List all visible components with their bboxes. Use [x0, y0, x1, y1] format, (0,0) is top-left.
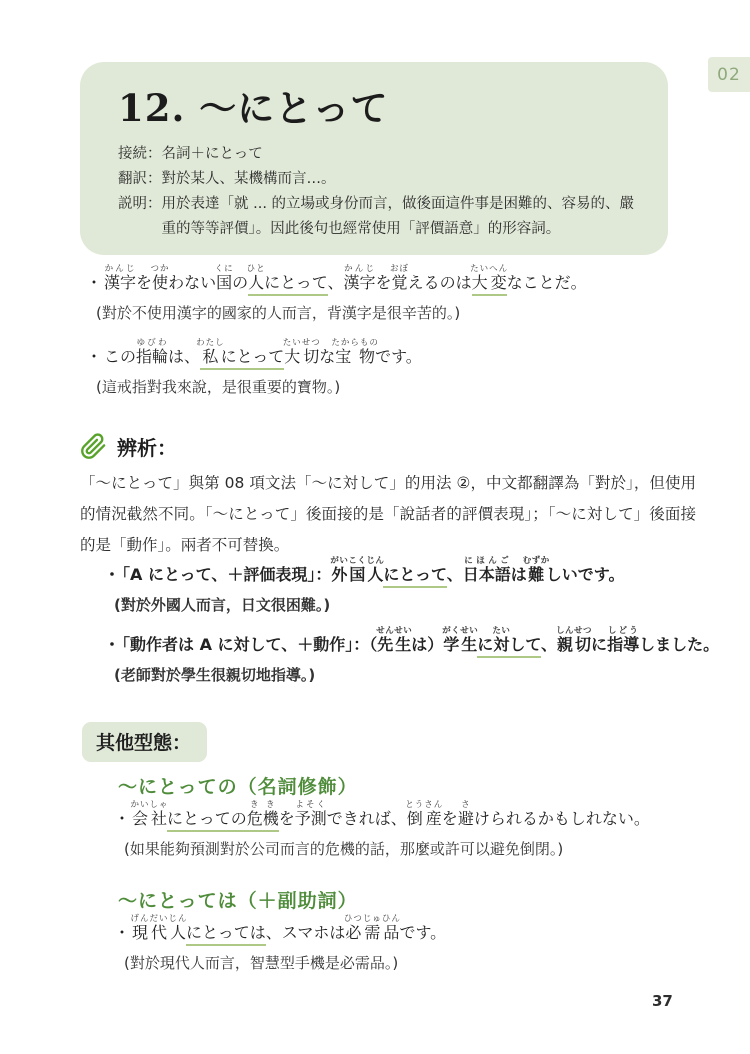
sentence-segments: 会社かいしゃにとっての危機ききを予測よそくできれば、倒産とうさんを避さけられるか… [132, 809, 650, 832]
other-form-1-example: ・会社かいしゃにとっての危機ききを予測よそくできれば、倒産とうさんを避さけられる… [114, 800, 650, 859]
analysis-heading: 辨析： [80, 432, 177, 461]
sentence-segments: （先生せんせいは）学生がくせいに対たいして、親切しんせつに指導しどうしました。 [369, 635, 719, 658]
other-form-1-japanese: ・会社かいしゃにとっての危機ききを予測よそくできれば、倒産とうさんを避さけられる… [114, 800, 650, 836]
pattern-label: 「A にとって、＋評価表現」： [122, 565, 331, 584]
bullet: ・ [104, 635, 120, 654]
bullet: ・ [104, 565, 120, 584]
grammar-meta: 接続： 名詞＋にとって 翻訳： 對於某人、某機構而言…。 説明： 用於表達「就 … [118, 142, 640, 242]
example-1-japanese: ・漢字かんじを使つかわない国くにの人ひとにとって、漢字かんじを覚おぼえるのは大変… [86, 264, 587, 300]
chapter-tab-label: 02 [717, 65, 741, 85]
bullet: ・ [114, 809, 130, 828]
pattern-example-1: ・「A にとって、＋評価表現」：外国人がいこくじんにとって、日本語にほんごは難む… [104, 556, 625, 615]
other-form-1-heading: 〜にとっての（名詞修飾） [118, 772, 358, 799]
meta-label: 接続： [118, 142, 162, 167]
sentence-segments: 漢字かんじを使つかわない国くにの人ひとにとって、漢字かんじを覚おぼえるのは大変た… [104, 273, 587, 296]
pattern-1-japanese: ・「A にとって、＋評価表現」：外国人がいこくじんにとって、日本語にほんごは難む… [104, 556, 625, 592]
other-form-2-chinese: (對於現代人而言，智慧型手機是必需品。) [114, 952, 446, 973]
meta-text: 用於表達「就 ... 的立場或身份而言，做後面這件事是困難的、容易的、嚴重的等等… [162, 192, 641, 242]
meta-label: 説明： [118, 192, 162, 242]
example-1: ・漢字かんじを使つかわない国くにの人ひとにとって、漢字かんじを覚おぼえるのは大変… [86, 264, 587, 323]
bullet: ・ [114, 923, 130, 942]
example-2-japanese: ・この指輪ゆびわは、私わたしにとって大切たいせつな宝物たからものです。 [86, 338, 422, 374]
paperclip-icon [80, 433, 107, 460]
bullet: ・ [86, 347, 102, 366]
page-number: 37 [652, 992, 673, 1010]
pattern-2-japanese: ・「動作者は A に対して、＋動作」：（先生せんせいは）学生がくせいに対たいして… [104, 626, 719, 662]
analysis-paragraph: 「〜にとって」與第 08 項文法「〜に対して」的用法 ②，中文都翻譯為「對於」，… [80, 468, 696, 561]
other-form-1-chinese: (如果能夠預測對於公司而言的危機的話，那麼或許可以避免倒閉。) [114, 838, 650, 859]
example-2-chinese: (這戒指對我來說，是很重要的寶物。) [86, 376, 422, 397]
sentence-segments: 外国人がいこくじんにとって、日本語にほんごは難むずかしいです。 [331, 565, 624, 588]
chapter-tab: 02 [708, 57, 750, 92]
other-form-2-heading: 〜にとっては（＋副助詞） [118, 886, 358, 913]
meta-row-explanation: 説明： 用於表達「就 ... 的立場或身份而言，做後面這件事是困難的、容易的、嚴… [118, 192, 640, 242]
sentence-segments: この指輪ゆびわは、私わたしにとって大切たいせつな宝物たからものです。 [104, 347, 422, 370]
other-form-2-example: ・現代人げんだいじんにとっては、スマホは必需品ひつじゅひんです。 (對於現代人而… [114, 914, 446, 973]
sentence-segments: 現代人げんだいじんにとっては、スマホは必需品ひつじゅひんです。 [132, 923, 446, 946]
grammar-header-box: 12. 〜にとって 接続： 名詞＋にとって 翻訳： 對於某人、某機構而言…。 説… [80, 62, 668, 255]
meta-row-translation: 翻訳： 對於某人、某機構而言…。 [118, 167, 640, 192]
textbook-page: 02 12. 〜にとって 接続： 名詞＋にとって 翻訳： 對於某人、某機構而言…… [0, 0, 750, 1054]
example-1-chinese: (對於不使用漢字的國家的人而言，背漢字是很辛苦的。) [86, 302, 587, 323]
bullet: ・ [86, 273, 102, 292]
pattern-2-chinese: (老師對於學生很親切地指導。) [104, 664, 719, 685]
grammar-title: 12. 〜にとって [118, 86, 640, 130]
other-forms-heading: 其他型態： [82, 722, 207, 762]
example-2: ・この指輪ゆびわは、私わたしにとって大切たいせつな宝物たからものです。 (這戒指… [86, 338, 422, 397]
pattern-1-chinese: (對於外國人而言，日文很困難。) [104, 594, 625, 615]
analysis-heading-label: 辨析： [117, 432, 177, 461]
meta-text: 對於某人、某機構而言…。 [162, 167, 641, 192]
meta-row-connection: 接続： 名詞＋にとって [118, 142, 640, 167]
meta-text: 名詞＋にとって [162, 142, 641, 167]
pattern-label: 「動作者は A に対して、＋動作」： [122, 635, 369, 654]
meta-label: 翻訳： [118, 167, 162, 192]
other-form-2-japanese: ・現代人げんだいじんにとっては、スマホは必需品ひつじゅひんです。 [114, 914, 446, 950]
pattern-example-2: ・「動作者は A に対して、＋動作」：（先生せんせいは）学生がくせいに対たいして… [104, 626, 719, 685]
